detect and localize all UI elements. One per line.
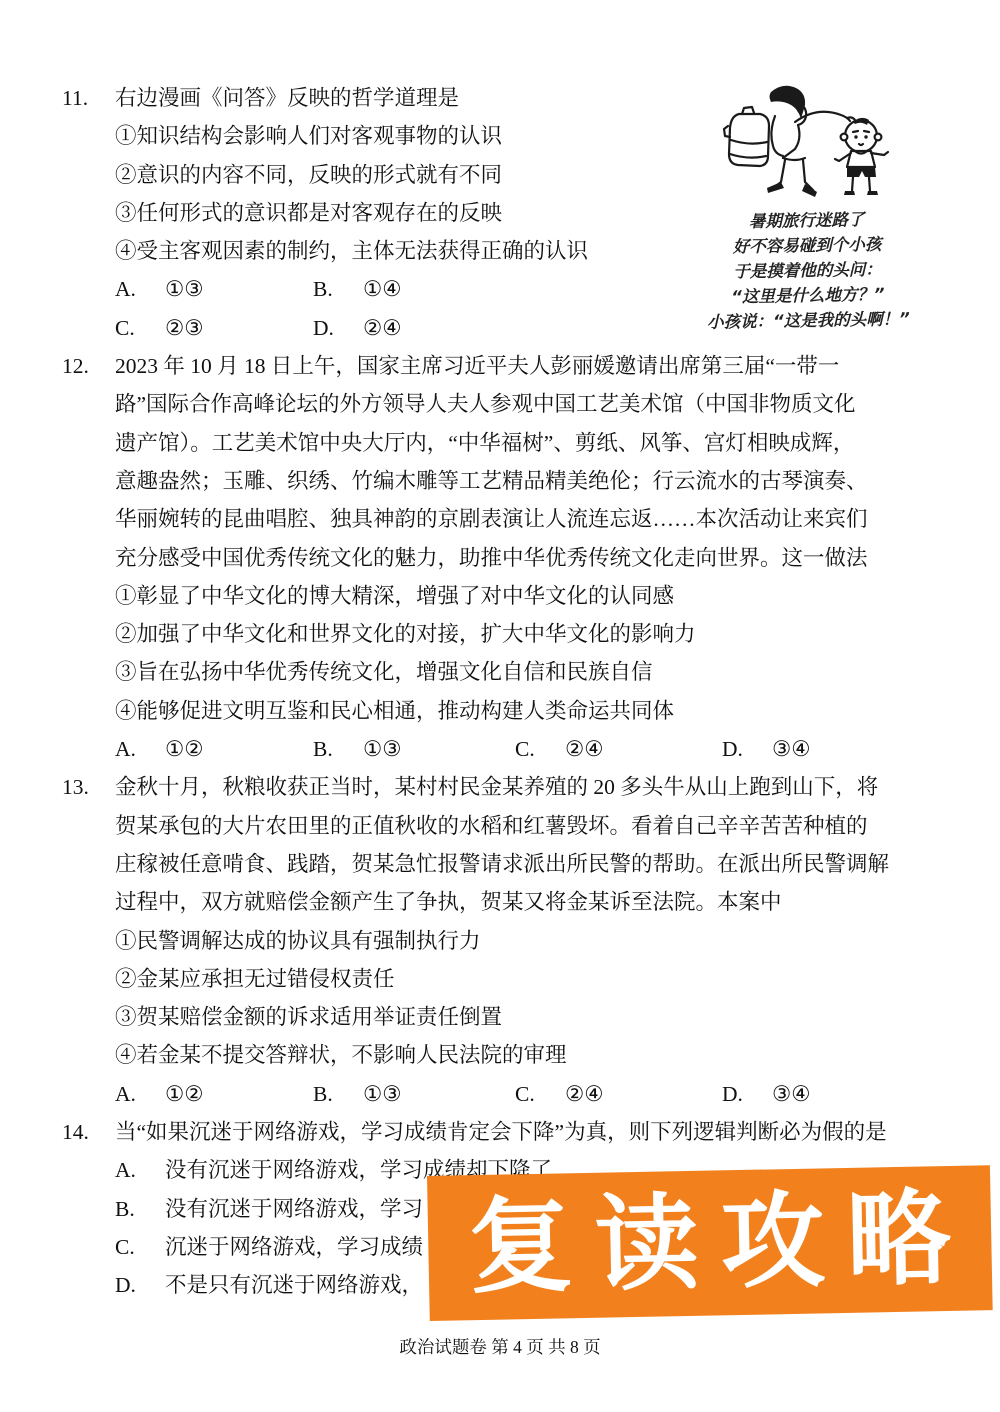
option-label: D.: [313, 309, 363, 347]
option-label: B.: [313, 270, 363, 308]
stem-line: 意趣盎然；玉雕、织绣、竹编木雕等工艺精品精美绝伦；行云流水的古琴演奏、: [115, 462, 940, 500]
option-label: C.: [115, 1228, 165, 1266]
option-D: D.③④: [722, 1075, 811, 1113]
option-value: ①③: [363, 730, 402, 768]
question-12: 12. 2023 年 10 月 18 日上午，国家主席习近平夫人彭丽媛邀请出席第…: [62, 347, 940, 768]
option-value: ③④: [772, 1075, 811, 1113]
stem-line: 金秋十月，秋粮收获正当时，某村村民金某养殖的 20 多头牛从山上跑到山下，将: [115, 768, 940, 806]
watermark-text: 复读攻略: [468, 1186, 974, 1300]
stem-line: 华丽婉转的昆曲唱腔、独具神韵的京剧表演让人流连忘返……本次活动让来宾们: [115, 500, 940, 538]
option-value: ②④: [363, 309, 402, 347]
page-footer: 政治试题卷 第 4 页 共 8 页: [0, 1334, 1000, 1359]
exam-page: 暑期旅行迷路了 好不容易碰到个小孩 于是摸着他的头问： “这里是什么地方？” 小…: [0, 0, 1000, 1412]
question-cartoon: 暑期旅行迷路了 好不容易碰到个小孩 于是摸着他的头问： “这里是什么地方？” 小…: [700, 80, 915, 333]
caption-line: 好不容易碰到个小孩: [699, 231, 914, 260]
stem-line: 遗产馆）。工艺美术馆中央大厅内，“中华福树”、剪纸、风筝、宫灯相映成辉，: [115, 424, 940, 462]
option-value: ①③: [363, 1075, 402, 1113]
option-label: D.: [722, 730, 772, 768]
option-value: ①③: [165, 270, 204, 308]
option-value: ①②: [165, 1075, 204, 1113]
option-label: C.: [115, 309, 165, 347]
caption-line: “这里是什么地方？”: [700, 281, 915, 310]
option-label: C.: [515, 730, 565, 768]
stem-line: 当“如果沉迷于网络游戏，学习成绩肯定会下降”为真，则下列逻辑判断必为假的是: [115, 1113, 940, 1151]
numbered-item: ④若金某不提交答辩状，不影响人民法院的审理: [115, 1036, 940, 1074]
options-row: A.①② B.①③ C.②④ D.③④: [115, 1075, 940, 1113]
option-value: ①②: [165, 730, 204, 768]
numbered-item: ①民警调解达成的协议具有强制执行力: [115, 922, 940, 960]
option-C: C.②④: [515, 730, 722, 768]
cartoon-drawing-icon: [715, 80, 900, 206]
question-number: 14.: [62, 1113, 115, 1151]
option-value: ③④: [772, 730, 811, 768]
option-label: B.: [313, 1075, 363, 1113]
question-number: 12.: [62, 347, 115, 385]
stem-line: 2023 年 10 月 18 日上午，国家主席习近平夫人彭丽媛邀请出席第三届“一…: [115, 347, 940, 385]
stem-line: 过程中，双方就赔偿金额产生了争执，贺某又将金某诉至法院。本案中: [115, 883, 940, 921]
option-A: A.①②: [115, 1075, 313, 1113]
question-number: 13.: [62, 768, 115, 806]
numbered-item: ②金某应承担无过错侵权责任: [115, 960, 940, 998]
caption-line: 于是摸着他的头问：: [700, 256, 915, 285]
numbered-item: ④能够促进文明互鉴和民心相通，推动构建人类命运共同体: [115, 692, 940, 730]
stem-line: 贺某承包的大片农田里的正值秋收的水稻和红薯毁坏。看着自己辛辛苦苦种植的: [115, 807, 940, 845]
option-label: A.: [115, 1151, 165, 1189]
option-B: B.①③: [313, 1075, 515, 1113]
question-13: 13. 金秋十月，秋粮收获正当时，某村村民金某养殖的 20 多头牛从山上跑到山下…: [62, 768, 940, 1113]
option-A: A.①③: [115, 270, 313, 308]
cartoon-caption: 暑期旅行迷路了 好不容易碰到个小孩 于是摸着他的头问： “这里是什么地方？” 小…: [699, 206, 916, 335]
option-label: A.: [115, 270, 165, 308]
option-B: B.①④: [313, 270, 402, 308]
option-text: 不是只有沉迷于网络游戏，: [165, 1266, 423, 1304]
option-C: C.②④: [515, 1075, 722, 1113]
option-value: ①④: [363, 270, 402, 308]
numbered-item: ③贺某赔偿金额的诉求适用举证责任倒置: [115, 998, 940, 1036]
caption-line: 小孩说：“这是我的头啊！”: [701, 306, 916, 335]
numbered-item: ③旨在弘扬中华优秀传统文化，增强文化自信和民族自信: [115, 653, 940, 691]
watermark-banner: 复读攻略: [427, 1165, 993, 1321]
stem-line: 庄稼被任意啃食、践踏，贺某急忙报警请求派出所民警的帮助。在派出所民警调解: [115, 845, 940, 883]
option-label: B.: [313, 730, 363, 768]
option-text: 沉迷于网络游戏，学习成绩: [165, 1228, 423, 1266]
stem-line: 充分感受中国优秀传统文化的魅力，助推中华优秀传统文化走向世界。这一做法: [115, 539, 940, 577]
option-value: ②④: [565, 730, 604, 768]
numbered-item: ②加强了中华文化和世界文化的对接，扩大中华文化的影响力: [115, 615, 940, 653]
option-label: B.: [115, 1190, 165, 1228]
option-label: D.: [115, 1266, 165, 1304]
numbered-item: ①彰显了中华文化的博大精深，增强了对中华文化的认同感: [115, 577, 940, 615]
option-value: ②④: [565, 1075, 604, 1113]
option-label: A.: [115, 1075, 165, 1113]
options-row: A.①② B.①③ C.②④ D.③④: [115, 730, 940, 768]
option-value: ②③: [165, 309, 204, 347]
option-C: C.②③: [115, 309, 313, 347]
option-label: D.: [722, 1075, 772, 1113]
option-label: A.: [115, 730, 165, 768]
option-label: C.: [515, 1075, 565, 1113]
stem-line: 路”国际合作高峰论坛的外方领导人夫人参观中国工艺美术馆（中国非物质文化: [115, 385, 940, 423]
caption-line: 暑期旅行迷路了: [699, 206, 914, 235]
option-D: D.②④: [313, 309, 402, 347]
option-A: A.①②: [115, 730, 313, 768]
option-D: D.③④: [722, 730, 811, 768]
option-B: B.①③: [313, 730, 515, 768]
question-number: 11.: [62, 79, 115, 117]
option-text: 没有沉迷于网络游戏，学习: [165, 1190, 423, 1228]
